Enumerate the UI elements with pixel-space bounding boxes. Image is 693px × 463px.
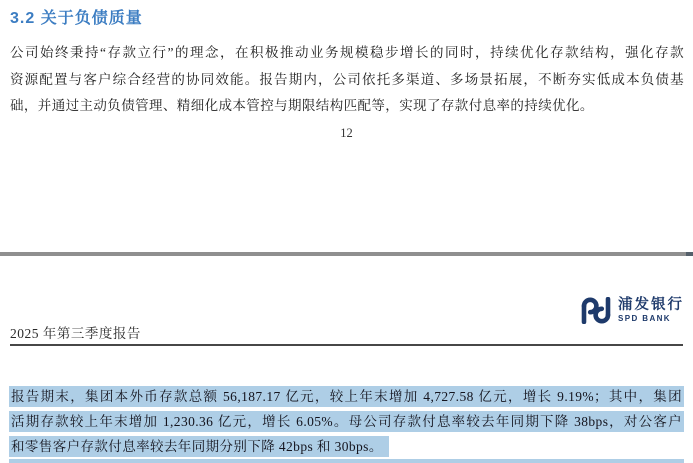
selection-next-line-sliver[interactable] [9,459,684,463]
body-paragraph-line: 公司始终秉持“存款立行”的理念，在积极推动业务规模稳步增长的同时，持续优化存款结… [10,40,684,67]
selected-text-line[interactable]: 和零售客户存款付息率较去年同期分别下降 42bps 和 30bps。 [9,436,389,457]
selected-text-paragraph[interactable]: 报告期末，集团本外币存款总额 56,187.17 亿元，较上年末增加 4,727… [9,386,684,461]
page-break-divider-end [686,252,693,256]
header-rule [10,344,683,346]
body-paragraph: 公司始终秉持“存款立行”的理念，在积极推动业务规模稳步增长的同时，持续优化存款结… [10,40,684,120]
page-break-divider [0,252,693,256]
report-title: 2025 年第三季度报告 [10,322,141,342]
spd-bank-pd-mark-icon [579,297,613,324]
selected-text-line[interactable]: 报告期末，集团本外币存款总额 56,187.17 亿元，较上年末增加 4,727… [9,386,684,407]
body-paragraph-line: 资源配置与客户综合经营的协同效能。报告期内，公司依托多渠道、多场景拓展，不断夯实… [10,67,684,94]
spd-bank-logo-text: 浦发银行 SPD BANK [618,298,684,323]
body-paragraph-line: 础，并通过主动负债管理、精细化成本管控与期限结构匹配等，实现了存款付息率的持续优… [10,93,684,120]
spd-bank-name-en: SPD BANK [618,315,684,323]
section-heading: 3.2 关于负债质量 [10,5,143,28]
page-number: 12 [0,126,693,141]
spd-bank-name-cn: 浦发银行 [618,298,684,313]
pdf-page-view: 3.2 关于负债质量 公司始终秉持“存款立行”的理念，在积极推动业务规模稳步增长… [0,0,693,463]
selected-text-line[interactable]: 活期存款较上年末增加 1,230.36 亿元，增长 6.05%。母公司存款付息率… [9,411,684,432]
spd-bank-logo: 浦发银行 SPD BANK [579,297,684,324]
